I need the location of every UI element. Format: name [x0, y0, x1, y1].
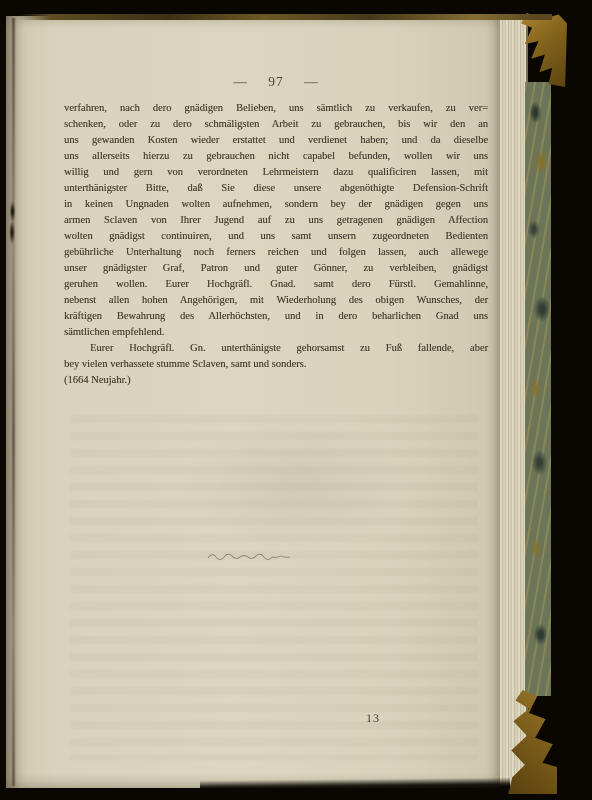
fore-edge-pages — [500, 19, 528, 786]
text-line: geruhen wollen. Eurer Hochgräfl. Gnad. s… — [64, 277, 488, 293]
body-text: verfahren, nach dero gnädigen Belieben, … — [64, 101, 488, 389]
text-line: bey vielen verhassete stumme Sclaven, sa… — [64, 357, 488, 373]
page-header-number: — 97 — — [64, 74, 488, 90]
text-line: sämtlichen empfehlend. — [64, 325, 488, 341]
text-line: gebührliche Unterhaltung noch ferners re… — [64, 245, 488, 261]
text-line: unser gnädigster Graf, Patron und guter … — [64, 261, 488, 277]
text-line: verfahren, nach dero gnädigen Belieben, … — [64, 101, 488, 117]
bottom-edge-shadow — [200, 777, 510, 792]
book-scan: — 97 — verfahren, nach dero gnädigen Bel… — [0, 0, 592, 800]
text-line: armen Sclaven von Ihrer Jugend auf zu un… — [64, 213, 488, 229]
text-line: kräftigen Bewahrung des Allerhöchsten, u… — [64, 309, 488, 325]
text-line: willig und gern von verordneten Lehrmeis… — [64, 165, 488, 181]
text-line: uns allerseits hierzu zu gebrauchen nich… — [64, 149, 488, 165]
text-line: nebenst allen hohen Angehörigen, mit Wie… — [64, 293, 488, 309]
text-line: wolten gnädigst continuiren, und uns sam… — [64, 229, 488, 245]
text-line: schenken, oder zu dero schmäligsten Arbe… — [64, 117, 488, 133]
text-line: in keinen Ungnaden wolten aufnehmen, son… — [64, 197, 488, 213]
signature-mark: 13 — [366, 711, 380, 726]
ink-smudge — [8, 196, 17, 248]
text-line: Eurer Hochgräfl. Gn. unterthänigste geho… — [64, 341, 488, 357]
marbled-cover-edge — [525, 82, 551, 696]
text-line: uns gewanden Kosten wieder erstattet und… — [64, 133, 488, 149]
text-line: unterthänigster Bitte, daß Sie diese uns… — [64, 181, 488, 197]
bleed-through-texture — [70, 415, 478, 760]
pen-squiggle-mark — [206, 551, 296, 563]
date-line: (1664 Neujahr.) — [64, 373, 488, 389]
top-edge-binding — [18, 14, 552, 20]
gutter-shadow — [12, 18, 15, 786]
